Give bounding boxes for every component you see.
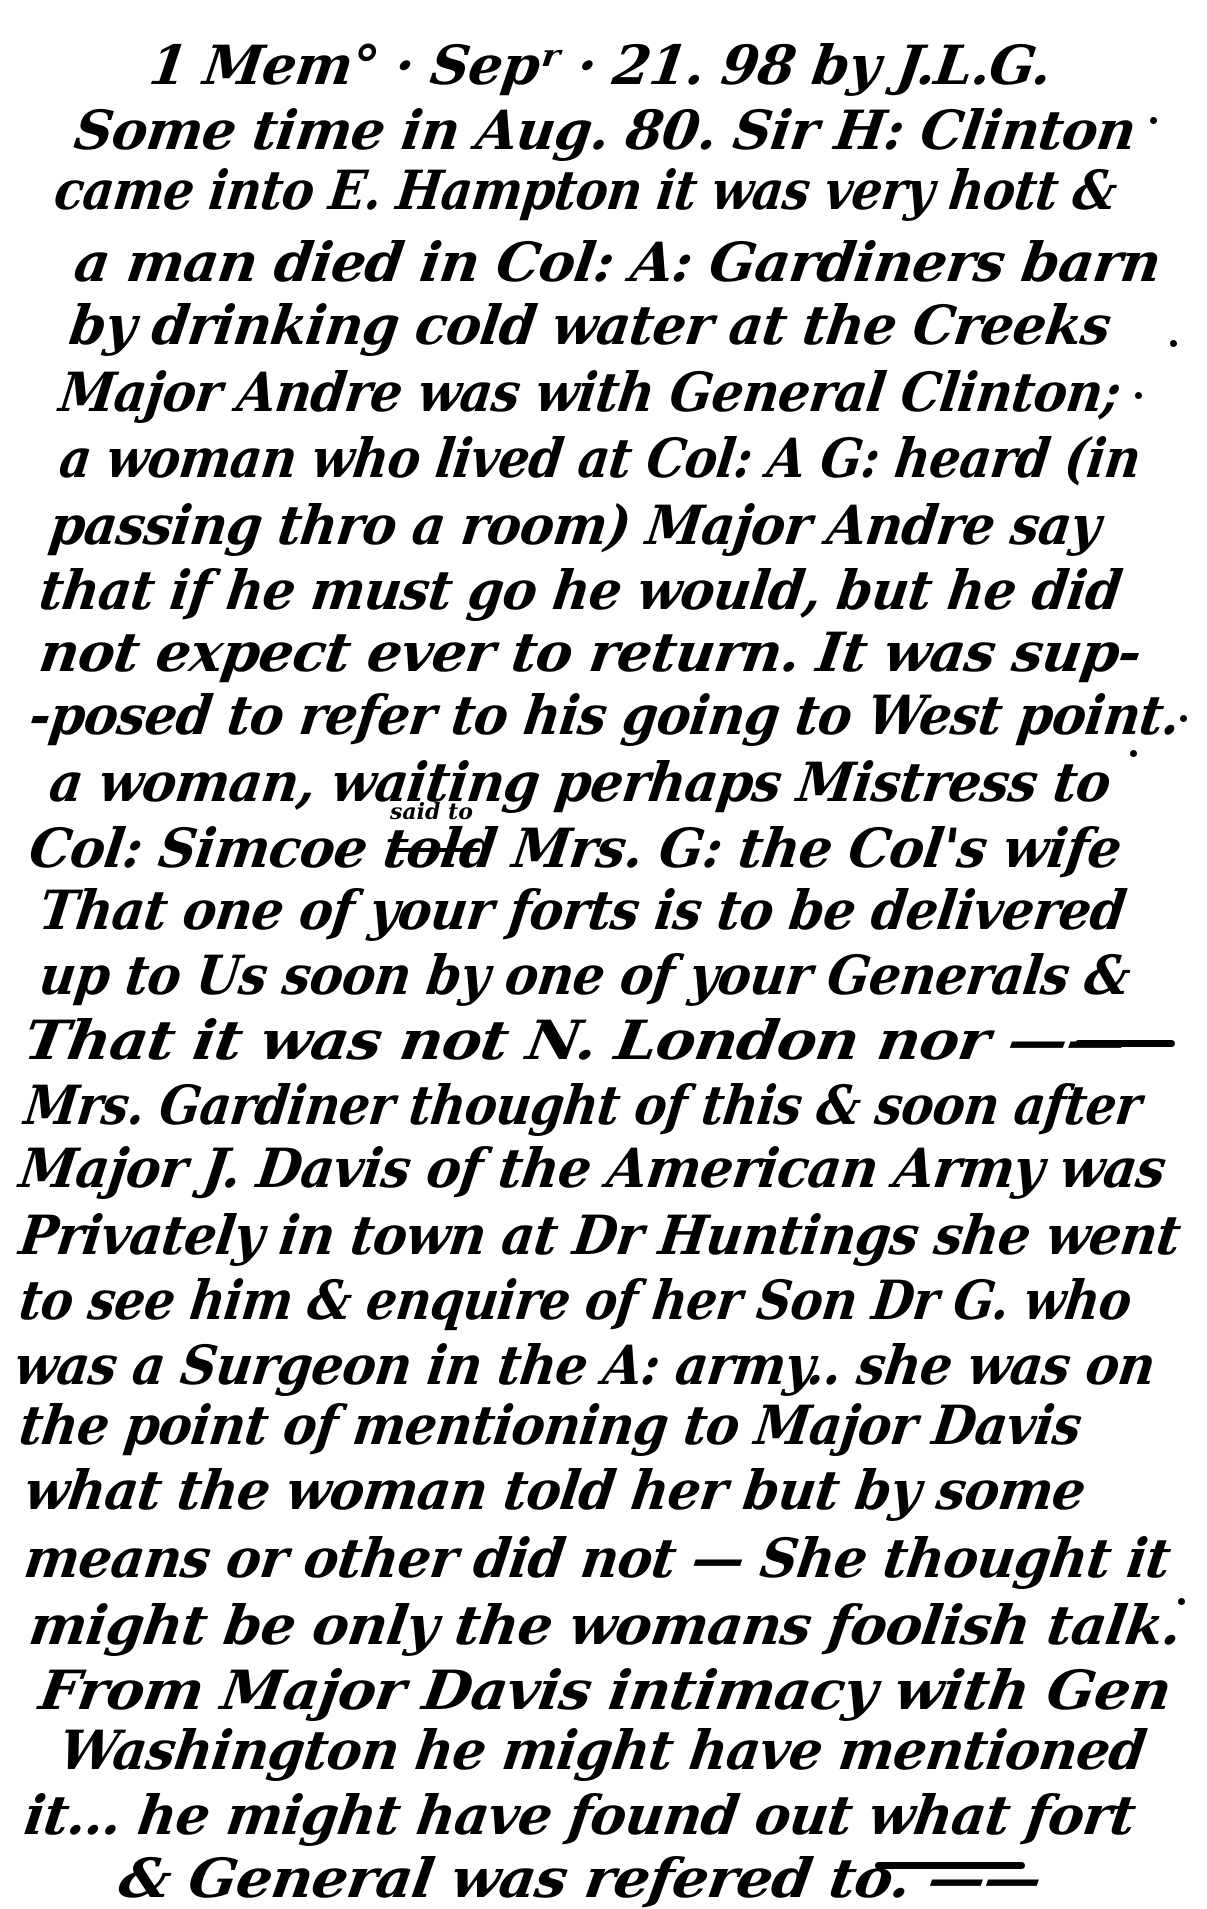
manuscript-line: the point of mentioning to Major Davis	[16, 1395, 1084, 1455]
manuscript-line: Col: Simcoe told Mrs. G: the Col's wife	[26, 818, 1125, 878]
manuscript-line: that if he must go he would, but he did	[36, 560, 1125, 620]
manuscript-line: means or other did not — She thought it	[21, 1528, 1174, 1588]
manuscript-line: came into E. Hampton it was very hott &	[51, 160, 1119, 220]
manuscript-line: -posed to refer to his going to West poi…	[26, 685, 1183, 745]
pen-flourish	[875, 1862, 1025, 1869]
memo-header-line: 1 Mem° · Sepʳ · 21. 98 by J.L.G.	[146, 35, 1055, 95]
manuscript-line: what the woman told her but by some	[21, 1460, 1089, 1520]
manuscript-line: That one of your forts is to be delivere…	[36, 880, 1129, 940]
ink-dot	[1178, 1598, 1185, 1605]
manuscript-line: up to Us soon by one of your Generals &	[36, 945, 1133, 1005]
manuscript-line: was a Surgeon in the A: army.. she was o…	[11, 1335, 1158, 1395]
ink-dot	[1130, 750, 1137, 757]
interlinear-insertion: said to	[390, 800, 473, 824]
manuscript-line: Major J. Davis of the American Army was	[16, 1138, 1169, 1198]
ink-dot	[1135, 392, 1142, 399]
strikethrough-mark	[395, 848, 480, 852]
ink-dot	[1170, 340, 1177, 347]
manuscript-line: & General was refered to. ——	[116, 1848, 1045, 1908]
manuscript-line: a man died in Col: A: Gardiners barn	[71, 232, 1164, 292]
manuscript-line: might be only the womans foolish talk.	[26, 1595, 1185, 1655]
ink-dot	[1180, 715, 1187, 722]
manuscript-line: From Major Davis intimacy with Gen	[36, 1660, 1175, 1720]
manuscript-line: not expect ever to return. It was sup-	[36, 622, 1145, 682]
manuscript-line: Washington he might have mentioned	[56, 1720, 1149, 1780]
manuscript-line: passing thro a room) Major Andre say	[46, 495, 1104, 555]
manuscript-line: by drinking cold water at the Creeks	[66, 295, 1114, 355]
manuscript-line: Major Andre was with General Clinton;	[56, 362, 1124, 422]
manuscript-page: 1 Mem° · Sepʳ · 21. 98 by J.L.G.Some tim…	[0, 0, 1207, 1909]
manuscript-line: it... he might have found out what fort	[21, 1785, 1139, 1845]
manuscript-line: That it was not N. London nor ——	[20, 1010, 1129, 1070]
manuscript-line: a woman, waiting perhaps Mistress to	[46, 752, 1114, 812]
manuscript-line: Some time in Aug. 80. Sir H: Clinton	[71, 100, 1139, 160]
manuscript-line: a woman who lived at Col: A G: heard (in	[56, 428, 1143, 488]
ink-dot	[1150, 117, 1157, 124]
pen-flourish	[1075, 1040, 1175, 1047]
manuscript-line: to see him & enquire of her Son Dr G. wh…	[16, 1270, 1134, 1330]
manuscript-line: Privately in town at Dr Huntings she wen…	[16, 1205, 1183, 1265]
manuscript-line: Mrs. Gardiner thought of this & soon aft…	[21, 1075, 1144, 1135]
